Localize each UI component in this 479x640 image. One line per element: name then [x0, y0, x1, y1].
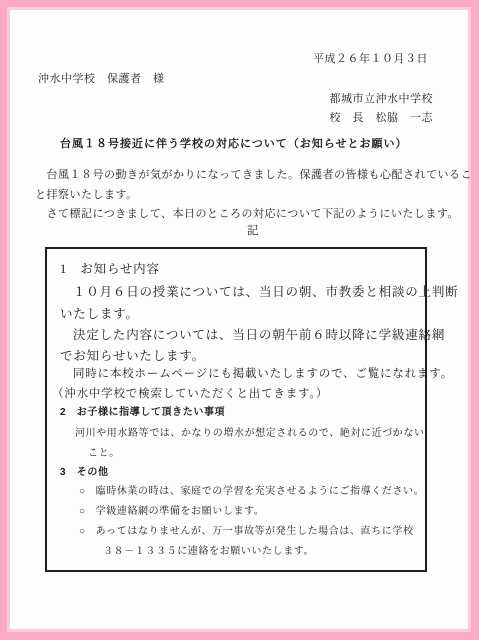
- section3-bullet2: ○ 学級連絡網の準備をお願いします。: [79, 507, 264, 517]
- section3-bullet3-line1-text: あってはなりませんが、万一事故等が発生した場合は、直ちに学校: [96, 527, 414, 537]
- intro-paragraph1-line1: 台風１８号の動きが気がかりになってきました。保護者の皆様も心配されているこ: [35, 170, 472, 181]
- notice-box: 1 お知らせ内容 １０月６日の授業については、当日の朝、市教委と相談の上判断 い…: [45, 247, 427, 572]
- intro-paragraph1-line2: と拝察いたします。: [35, 190, 138, 201]
- ki-marker: 記: [247, 226, 261, 238]
- section2-line1: 河川や用水路等では、かなりの増水が想定されるので、絶対に近づかない: [75, 429, 425, 439]
- section1-line3: 決定した内容については、当日の朝午前６時以降に学級連絡網: [73, 329, 445, 342]
- sender-name-line: 校 長 松脇 一志: [330, 113, 434, 124]
- date-line: 平成２６年１０月３日: [313, 54, 428, 65]
- circle-bullet-icon: ○: [79, 527, 86, 537]
- circle-bullet-icon: ○: [79, 507, 86, 517]
- recipient-line: 沖水中学校 保護者 様: [38, 74, 165, 85]
- section1-line6: （沖水中学校で検索していただくと出てきます。）: [52, 389, 328, 401]
- intro-paragraph2: さて標記につきまして、本日のところの対応について下記のようにいたします。: [35, 209, 459, 220]
- section1-line1: １０月６日の授業については、当日の朝、市教委と相談の上判断: [73, 286, 458, 299]
- circle-bullet-icon: ○: [79, 487, 86, 497]
- section2-line2: こと。: [88, 449, 120, 459]
- section3-bullet2-text: 学級連絡網の準備をお願いします。: [96, 507, 265, 517]
- section3-heading: 3 その他: [60, 468, 109, 478]
- section3-bullet3-line2: ３８－１３３５に連絡をお願いいたします。: [103, 547, 314, 557]
- section3-bullet3-line1: ○ あってはなりませんが、万一事故等が発生した場合は、直ちに学校: [79, 527, 414, 537]
- section1-line2: いたします。: [60, 308, 139, 321]
- section2-heading: 2 お子様に指導して頂きたい事項: [60, 408, 225, 418]
- section3-bullet1-text: 臨時休業の時は、家庭での学習を充実させるようにご指導ください。: [96, 487, 425, 497]
- letter-sheet: 平成２６年１０月３日 沖水中学校 保護者 様 都城市立沖水中学校 校 長 松脇 …: [10, 10, 468, 629]
- document-title: 台風１８号接近に伴う学校の対応について（お知らせとお願い）: [60, 139, 407, 150]
- section1-line5: 同時に本校ホームページにも掲載いたしますので、ご覧になれます。: [73, 369, 453, 381]
- section1-heading: 1 お知らせ内容: [60, 263, 160, 276]
- sender-org-line: 都城市立沖水中学校: [330, 94, 434, 105]
- section1-line4: でお知らせいたします。: [60, 350, 205, 363]
- notice-page: 平成２６年１０月３日 沖水中学校 保護者 様 都城市立沖水中学校 校 長 松脇 …: [0, 0, 479, 640]
- section3-bullet1: ○ 臨時休業の時は、家庭での学習を充実させるようにご指導ください。: [79, 487, 424, 497]
